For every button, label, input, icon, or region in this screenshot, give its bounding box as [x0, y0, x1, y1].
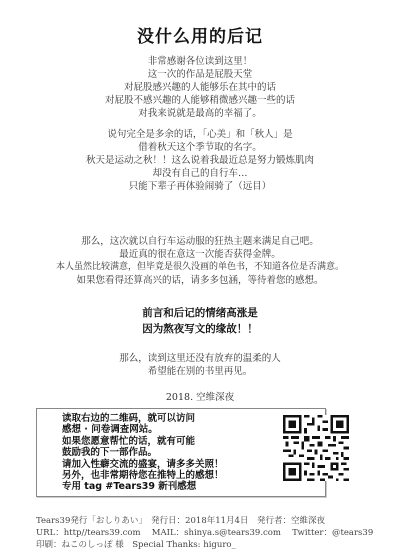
text-line: 因为熬夜写文的缘故！！ [0, 321, 400, 337]
text-line: 只能下辈子再体验闹骑了（远目） [0, 180, 400, 193]
publication-info: Tears39発行「おしりあい」 発行日：2018年11月4日 発行者：空維深夜 [36, 515, 373, 527]
text-line: 如果您愿意帮忙的话，就有可能 [62, 436, 224, 447]
text-line: 那么，这次就以自行车运动服的狂热主题来满足自己吧。 [0, 235, 400, 248]
theme-paragraph: 那么，这次就以自行车运动服的狂热主题来满足自己吧。 最近真的很在意这一次能否获得… [0, 235, 400, 287]
page-title: 没什么用的后记 [0, 22, 400, 47]
text-line: 感想 · 问卷调查网站。 [62, 424, 224, 435]
text-line: 前言和后记的情绪高涨是 [0, 305, 400, 321]
farewell-paragraph: 那么，读到这里还没有放弃的温柔的人 希望能在别的书里再见。 [0, 352, 400, 378]
text-line: 这一次的作品是屁股天堂 [0, 68, 400, 81]
thanks-paragraph: 非常感谢各位读到这里！ 这一次的作品是屁股天堂 对屁股感兴趣的人能够乐在其中的话… [0, 55, 400, 120]
text-line: 另外，也非常期待您在推特上的感想！ [62, 470, 224, 481]
text-line: 对我来说就是最高的幸福了。 [0, 107, 400, 120]
text-line: 秋天是运动之秋！！这么说着我最近总是努力锻炼肌肉 [0, 154, 400, 167]
text-line: 本人虽然比较满意，但毕竟是很久没画的单色书，不知道各位是否满意。 [0, 261, 400, 274]
text-line: 鼓励我的下一部作品。 [62, 447, 224, 458]
contact-info: URL：http//tears39.com MAIL：shinya.s@tear… [36, 527, 373, 539]
survey-text: 读取右边的二维码，就可以访问 感想 · 问卷调查网站。 如果您愿意帮忙的话，就有… [62, 413, 224, 493]
text-line: 说句完全是多余的话，「心美」和「秋人」是 [0, 128, 400, 141]
colophon: Tears39発行「おしりあい」 発行日：2018年11月4日 発行者：空維深夜… [36, 515, 373, 551]
qr-code-icon[interactable] [283, 415, 349, 481]
text-line: 借着秋天这个季节取的名字。 [0, 141, 400, 154]
text-line: 如果您看得还算高兴的话，请多多包涵，等待着您的感想。 [0, 274, 400, 287]
text-line: 却没有自己的自行车… [0, 167, 400, 180]
names-paragraph: 说句完全是多余的话，「心美」和「秋人」是 借着秋天这个季节取的名字。 秋天是运动… [0, 128, 400, 193]
text-line: 专用 tag #Tears39 新刊感想 [62, 481, 224, 492]
text-line: 非常感谢各位读到这里！ [0, 55, 400, 68]
text-line: 那么，读到这里还没有放弃的温柔的人 [0, 352, 400, 365]
text-line: 希望能在别的书里再见。 [0, 365, 400, 378]
signature: 2018. 空维深夜 [0, 389, 400, 403]
text-line: 读取右边的二维码，就可以访问 [62, 413, 224, 424]
text-line: 请加入性癖交流的盛宴，请多多关照！ [62, 459, 224, 470]
text-line: 对屁股不感兴趣的人能够稍微感兴趣一些的话 [0, 94, 400, 107]
credits-info: 印刷：ねこのしっぽ 様 Special Thanks: higuro_ [36, 539, 373, 551]
text-line: 对屁股感兴趣的人能够乐在其中的话 [0, 81, 400, 94]
text-line: 最近真的很在意这一次能否获得金牌。 [0, 248, 400, 261]
survey-box: 读取右边的二维码，就可以访问 感想 · 问卷调查网站。 如果您愿意帮忙的话，就有… [36, 408, 326, 497]
bold-note: 前言和后记的情绪高涨是 因为熬夜写文的缘故！！ [0, 305, 400, 337]
